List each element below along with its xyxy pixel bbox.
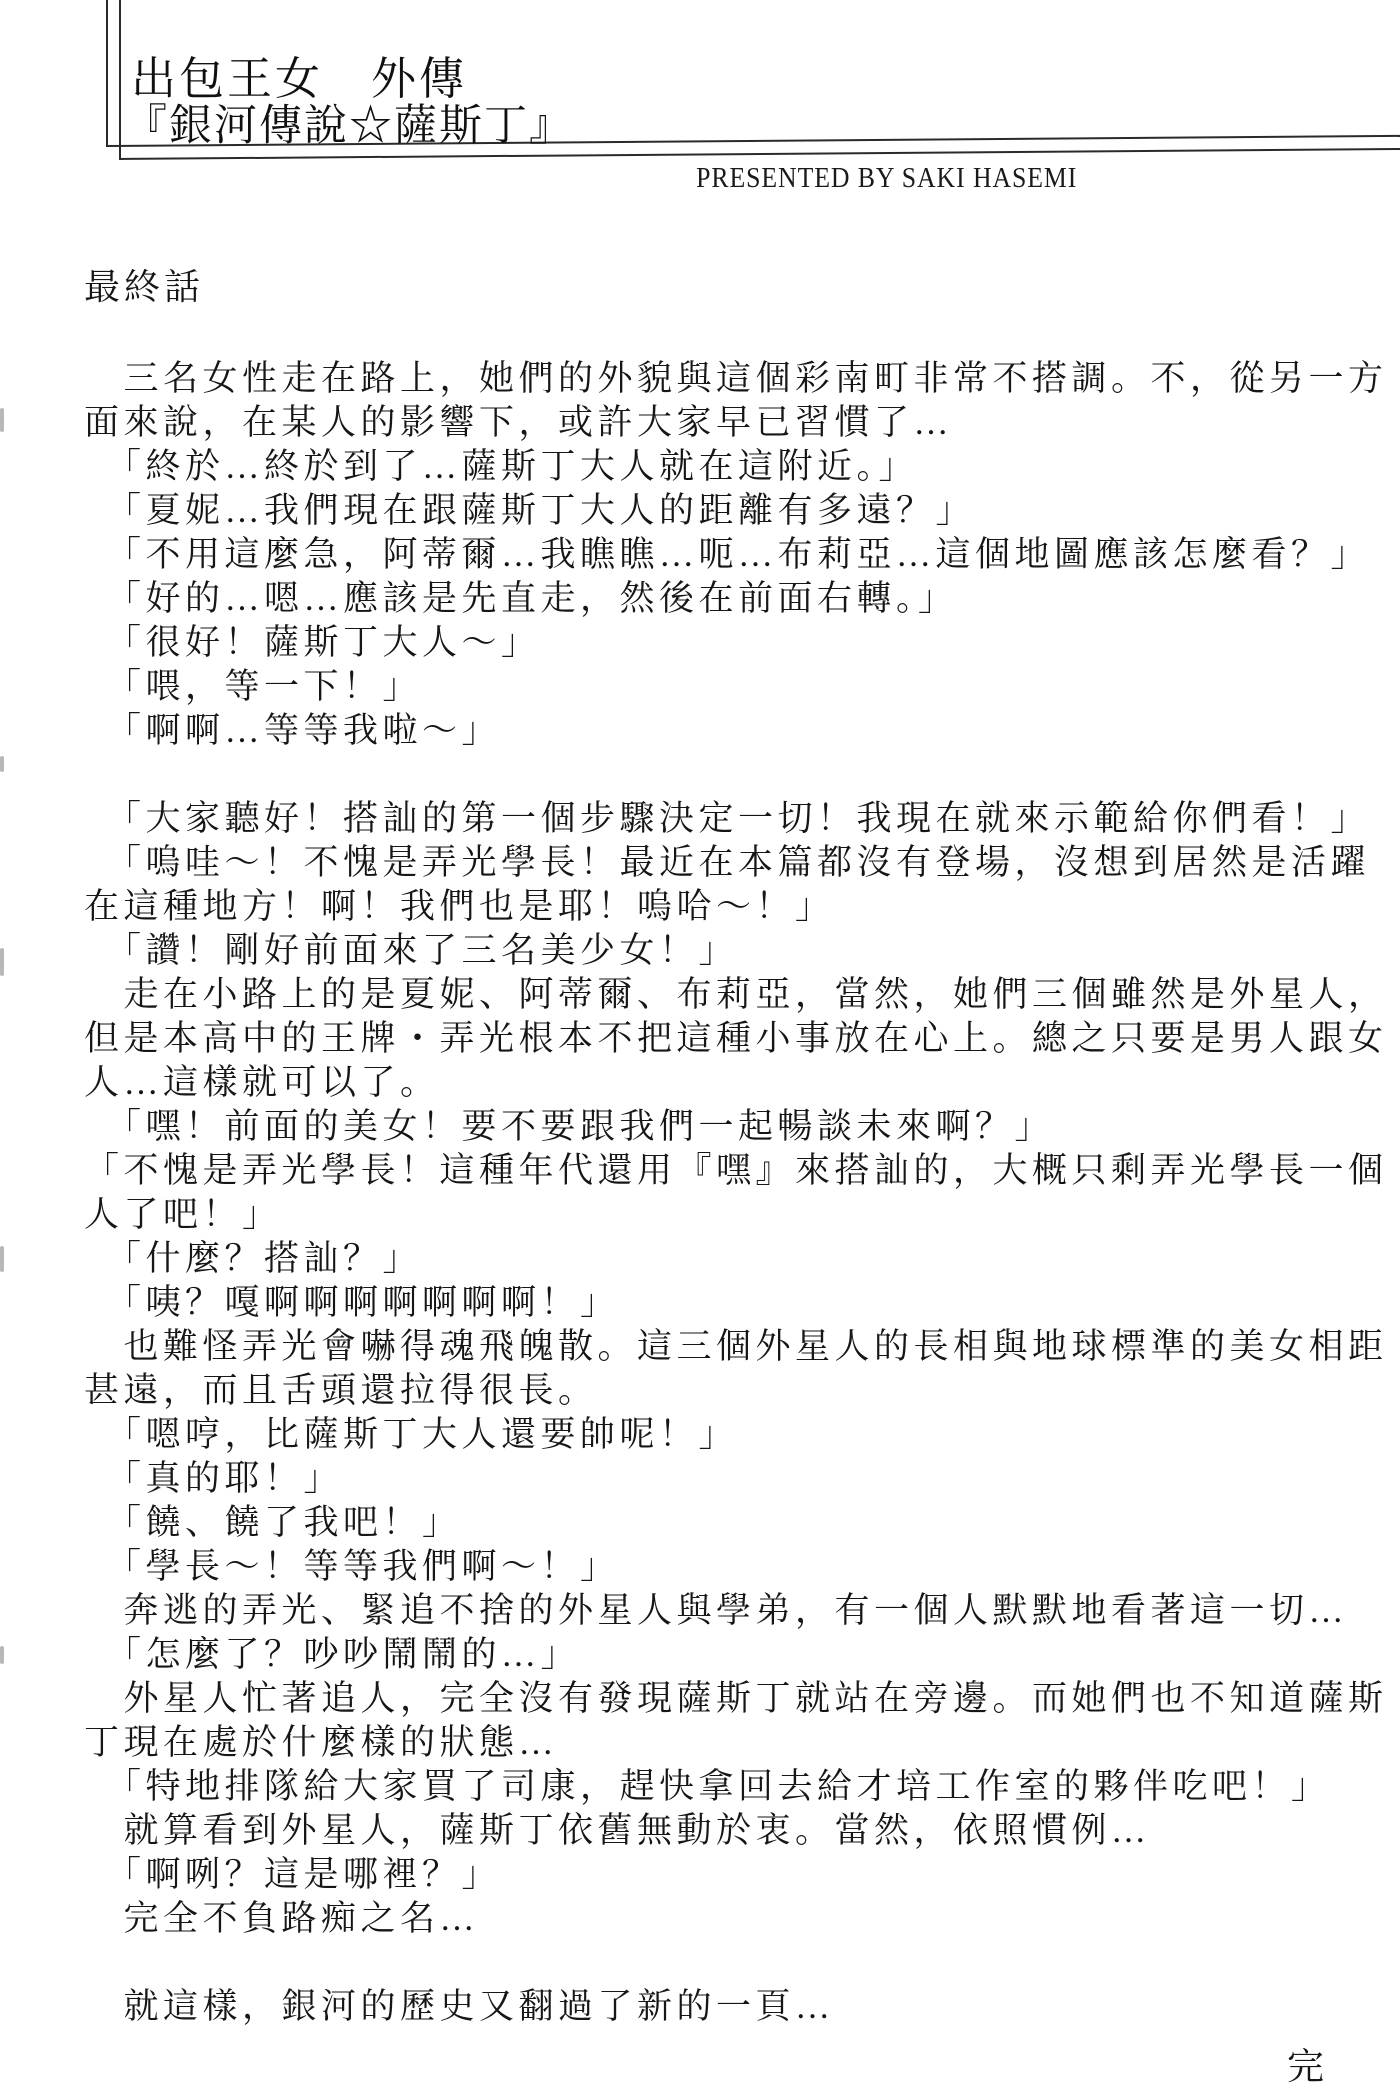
text-line: 「不愧是弄光學長！這種年代還用『嘿』來搭訕的，大概只剩弄光學長一個 — [84, 1149, 1396, 1193]
header-frame-vertical-inner-line — [119, 0, 121, 159]
text-line: 「不用這麼急，阿蒂爾…我瞧瞧…呃…布莉亞…這個地圖應該怎麼看？」 — [84, 533, 1396, 577]
text-line: 人了吧！」 — [84, 1193, 1396, 1237]
text-line: 「咦？嘎啊啊啊啊啊啊啊！」 — [84, 1281, 1396, 1325]
header-frame-vertical-outer-line — [106, 0, 108, 147]
text-line: 「特地排隊給大家買了司康，趕快拿回去給才培工作室的夥伴吃吧！」 — [84, 1765, 1396, 1809]
end-mark: 完 — [1287, 2036, 1324, 2089]
text-line: 完全不負路痴之名… — [84, 1897, 1396, 1941]
text-line: 「讚！剛好前面來了三名美少女！」 — [84, 929, 1396, 973]
text-line: 「很好！薩斯丁大人～」 — [84, 621, 1396, 665]
text-line: 在這種地方！啊！我們也是耶！嗚哈～！」 — [84, 885, 1396, 929]
text-line: 走在小路上的是夏妮、阿蒂爾、布莉亞，當然，她們三個雖然是外星人， — [84, 973, 1396, 1017]
text-line: 「終於…終於到了…薩斯丁大人就在這附近。」 — [84, 445, 1396, 489]
text-line: 也難怪弄光會嚇得魂飛魄散。這三個外星人的長相與地球標準的美女相距 — [84, 1325, 1396, 1369]
text-line: 「喂，等一下！」 — [84, 665, 1396, 709]
episode-title: 『銀河傳說☆薩斯丁』 — [124, 92, 574, 153]
text-line: 三名女性走在路上，她們的外貌與這個彩南町非常不搭調。不，從另一方 — [84, 357, 1396, 401]
text-line: 「饒、饒了我吧！」 — [84, 1501, 1396, 1545]
scanned-novel-page: 出包王女 外傳 『銀河傳說☆薩斯丁』 PRESENTED BY SAKI HAS… — [0, 0, 1400, 2089]
text-line: 「嗚哇～！不愧是弄光學長！最近在本篇都沒有登場，沒想到居然是活躍 — [84, 841, 1396, 885]
scan-edge-artifact — [0, 408, 4, 432]
text-line — [84, 753, 1396, 797]
text-line: 奔逃的弄光、緊追不捨的外星人與學弟，有一個人默默地看著這一切… — [84, 1589, 1396, 1633]
text-line: 就這樣，銀河的歷史又翻過了新的一頁… — [84, 1985, 1396, 2029]
text-line: 人…這樣就可以了。 — [84, 1061, 1396, 1105]
text-line — [84, 1941, 1396, 1985]
text-line: 外星人忙著追人，完全沒有發現薩斯丁就站在旁邊。而她們也不知道薩斯 — [84, 1677, 1396, 1721]
text-line: 「學長～！等等我們啊～！」 — [84, 1545, 1396, 1589]
text-line: 「什麼？搭訕？」 — [84, 1237, 1396, 1281]
text-line: 但是本高中的王牌・弄光根本不把這種小事放在心上。總之只要是男人跟女 — [84, 1017, 1396, 1061]
text-line: 「夏妮…我們現在跟薩斯丁大人的距離有多遠？」 — [84, 489, 1396, 533]
scan-edge-artifact — [0, 756, 4, 772]
scan-edge-artifact — [0, 1246, 4, 1272]
text-line: 「嗯哼，比薩斯丁大人還要帥呢！」 — [84, 1413, 1396, 1457]
scan-edge-artifact — [0, 948, 4, 976]
story-text-block: 三名女性走在路上，她們的外貌與這個彩南町非常不搭調。不，從另一方面來說，在某人的… — [84, 357, 1396, 2029]
scan-edge-artifact — [0, 1646, 4, 1664]
text-line: 「啊啊…等等我啦～」 — [84, 709, 1396, 753]
text-line: 「怎麼了？吵吵鬧鬧的…」 — [84, 1633, 1396, 1677]
text-line: 「嘿！前面的美女！要不要跟我們一起暢談未來啊？」 — [84, 1105, 1396, 1149]
text-line: 甚遠，而且舌頭還拉得很長。 — [84, 1369, 1396, 1413]
chapter-heading: 最終話 — [84, 259, 204, 310]
text-line: 丁現在處於什麼樣的狀態… — [84, 1721, 1396, 1765]
text-line: 「啊咧？這是哪裡？」 — [84, 1853, 1396, 1897]
text-line: 「真的耶！」 — [84, 1457, 1396, 1501]
text-line: 「好的…嗯…應該是先直走，然後在前面右轉。」 — [84, 577, 1396, 621]
text-line: 「大家聽好！搭訕的第一個步驟決定一切！我現在就來示範給你們看！」 — [84, 797, 1396, 841]
author-credit: PRESENTED BY SAKI HASEMI — [696, 163, 1077, 195]
text-line: 面來說，在某人的影響下，或許大家早已習慣了… — [84, 401, 1396, 445]
text-line: 就算看到外星人，薩斯丁依舊無動於衷。當然，依照慣例… — [84, 1809, 1396, 1853]
